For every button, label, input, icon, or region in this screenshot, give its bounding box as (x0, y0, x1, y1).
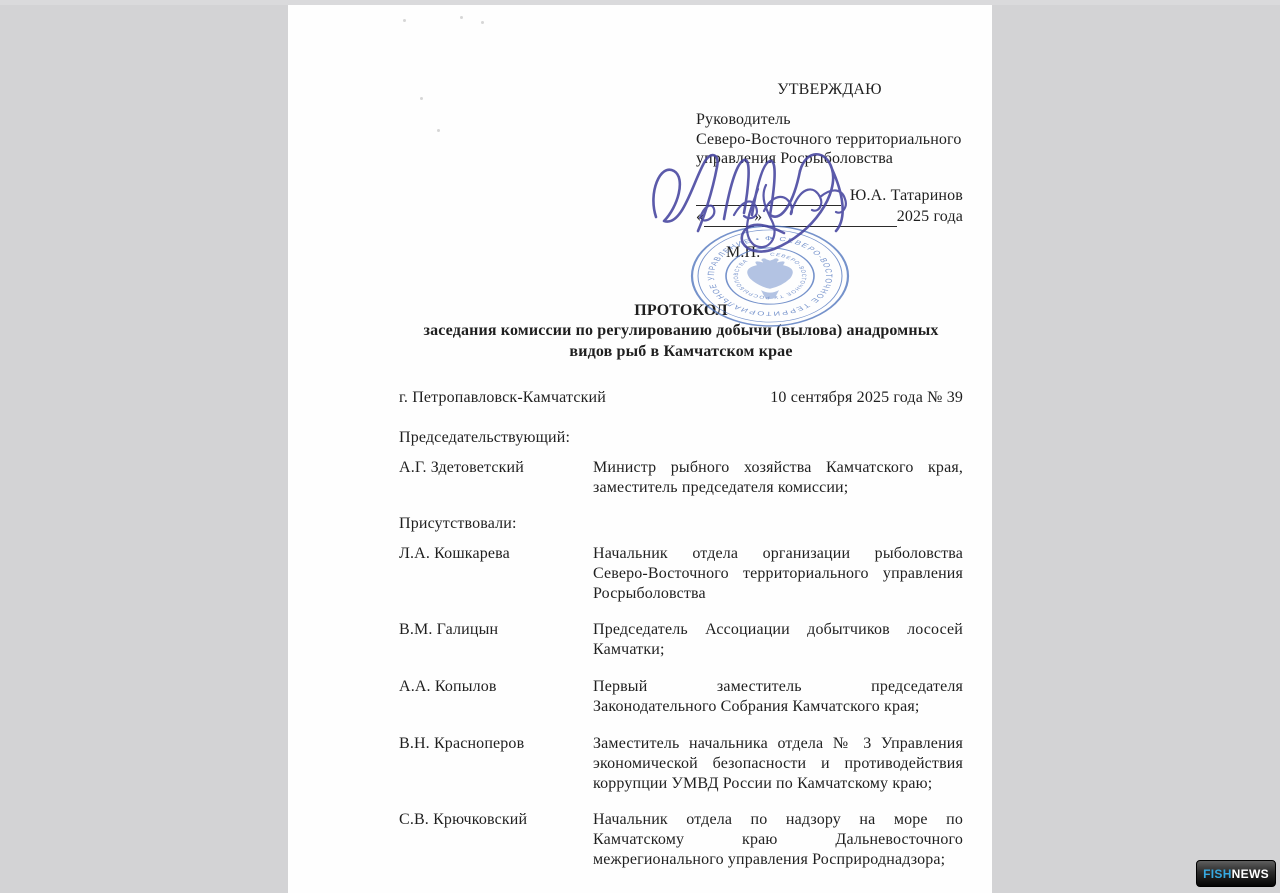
role-line: заместитель председателя комиссии; (593, 478, 963, 498)
person-name: В.М. Галицын (399, 620, 498, 640)
role-line: Министр рыбного хозяйства Камчатского кр… (593, 458, 963, 478)
person-role: Первый заместитель председателя Законода… (593, 677, 963, 717)
attendees-label: Присутствовали: (399, 514, 517, 534)
role-line: межрегионального управления Росприроднад… (593, 850, 963, 870)
role-line: Росрыболовства (593, 584, 963, 604)
scan-speck (437, 129, 440, 132)
person-name: А.А. Копылов (399, 677, 497, 697)
person-name: Л.А. Кошкарева (399, 544, 510, 564)
role-line: Заместитель начальника отдела № 3 Управл… (593, 734, 963, 754)
title-line-subject: заседания комиссии по регулированию добы… (399, 321, 963, 341)
document-title: ПРОТОКОЛ заседания комиссии по регулиров… (399, 301, 963, 362)
title-line-region: видов рыб в Камчатском крае (399, 342, 963, 362)
screenshot-canvas: УТВЕРЖДАЮ Руководитель Северо-Восточного… (0, 0, 1280, 893)
scan-speck (403, 19, 406, 22)
role-line: Начальник отдела организации рыболовства (593, 544, 963, 564)
role-line: Начальник отдела по надзору на море по (593, 810, 963, 830)
person-name: В.Н. Красноперов (399, 734, 524, 754)
role-line: Камчатскому краю Дальневосточного (593, 830, 963, 850)
fishnews-logo-fish: FISH (1203, 867, 1232, 881)
scan-speck (420, 97, 423, 100)
fishnews-logo-news: NEWS (1232, 867, 1269, 881)
handwritten-signature (646, 145, 878, 265)
person-role: Министр рыбного хозяйства Камчатского кр… (593, 458, 963, 498)
date-year: 2025 года (897, 207, 963, 227)
approval-label: УТВЕРЖДАЮ (696, 80, 963, 100)
scan-speck (460, 16, 463, 19)
title-line-protocol: ПРОТОКОЛ (399, 301, 963, 321)
meta-row: г. Петропавловск-Камчатский 10 сентября … (399, 388, 963, 408)
role-line: Первый заместитель председателя (593, 677, 963, 697)
person-role: Начальник отдела организации рыболовства… (593, 544, 963, 604)
person-name: С.В. Крючковский (399, 810, 527, 830)
approver-title-line: Руководитель (696, 110, 976, 130)
document-place: г. Петропавловск-Камчатский (399, 388, 606, 408)
role-line: коррупции УМВД России по Камчатскому кра… (593, 774, 963, 794)
document-page: УТВЕРЖДАЮ Руководитель Северо-Восточного… (288, 5, 992, 893)
presiding-label: Председательствующий: (399, 428, 570, 448)
fishnews-logo-badge[interactable]: FISHNEWS (1196, 860, 1276, 887)
person-name: А.Г. Здетоветский (399, 458, 524, 478)
document-date-number: 10 сентября 2025 года № 39 (770, 388, 963, 408)
role-line: Председатель Ассоциации добытчиков лосос… (593, 620, 963, 640)
role-line: Северо-Восточного территориального управ… (593, 564, 963, 584)
person-role: Заместитель начальника отдела № 3 Управл… (593, 734, 963, 794)
person-role: Начальник отдела по надзору на море по К… (593, 810, 963, 870)
role-line: Законодательного Собрания Камчатского кр… (593, 697, 963, 717)
role-line: Камчатки; (593, 640, 963, 660)
scan-speck (481, 21, 484, 24)
person-role: Председатель Ассоциации добытчиков лосос… (593, 620, 963, 660)
role-line: экономической безопасности и противодейс… (593, 754, 963, 774)
